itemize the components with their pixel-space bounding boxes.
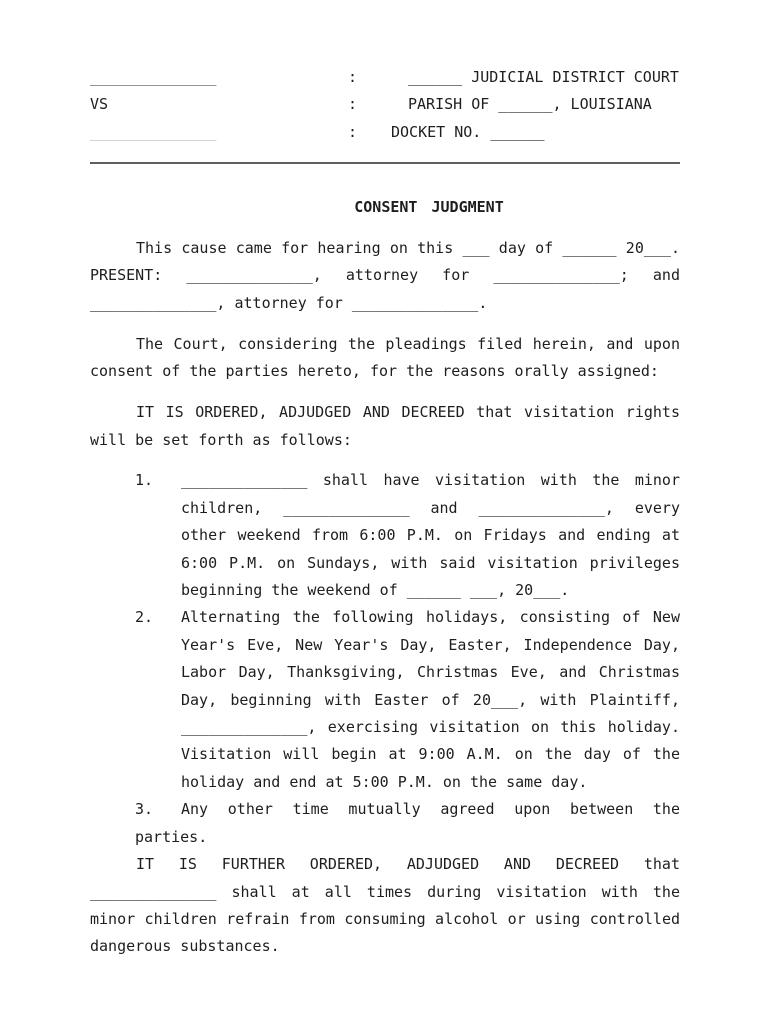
item-line: Year's Eve, New Year's Day, Easter, Inde… <box>181 632 680 659</box>
paragraph-ordered-decreed: IT IS ORDERED, ADJUDGED AND DECREED that… <box>90 399 680 454</box>
item-line: Labor Day, Thanksgiving, Christmas Eve, … <box>181 659 680 686</box>
item-line: Visitation will begin at 9:00 A.M. on th… <box>181 741 680 768</box>
paragraph-further-ordered: IT IS FURTHER ORDERED, ADJUDGED AND DECR… <box>90 851 680 961</box>
paragraph-line: consent of the parties hereto, for the r… <box>90 358 680 385</box>
item-line: 6:00 P.M. on Sundays, with said visitati… <box>181 550 680 577</box>
paragraph-line: will be set forth as follows: <box>90 427 680 454</box>
list-item-3: 3. Any other time mutually agreed upon b… <box>90 796 680 851</box>
caption-row-defendant: ______________ : DOCKET NO. ______ <box>90 119 680 146</box>
item-line: children, ______________ and ___________… <box>181 495 680 522</box>
document-title: CONSENT JUDGMENT <box>178 194 680 221</box>
paragraph-line: The Court, considering the pleadings fil… <box>90 331 680 358</box>
consent-judgment-document: ______________ : ______ JUDICIAL DISTRIC… <box>0 0 770 1024</box>
docket-number-line: DOCKET NO. ______ <box>391 119 545 146</box>
item-line: holiday and end at 5:00 P.M. on the same… <box>181 769 680 796</box>
item-line: ______________, exercising visitation on… <box>181 714 680 741</box>
item-line: other weekend from 6:00 P.M. on Fridays … <box>181 522 680 549</box>
paragraph-hearing: This cause came for hearing on this ___ … <box>90 235 680 317</box>
item-number-2: 2. <box>135 604 153 631</box>
paragraph-line: dangerous substances. <box>90 933 680 960</box>
item-line: Day, beginning with Easter of 20___, wit… <box>181 687 680 714</box>
paragraph-line: IT IS FURTHER ORDERED, ADJUDGED AND DECR… <box>90 851 680 878</box>
paragraph-line: IT IS ORDERED, ADJUDGED AND DECREED that… <box>90 399 680 426</box>
list-item-2: 2. Alternating the following holidays, c… <box>90 604 680 796</box>
paragraph-line: ______________ shall at all times during… <box>90 879 680 906</box>
caption-colon: : <box>348 91 357 118</box>
caption-colon: : <box>348 64 357 91</box>
paragraph-line: ______________, attorney for ___________… <box>90 290 680 317</box>
parish-line: PARISH OF ______, LOUISIANA <box>408 91 652 118</box>
item-line: Alternating the following holidays, cons… <box>181 604 680 631</box>
item-number-1: 1. <box>135 467 153 494</box>
paragraph-line: PRESENT: ______________, attorney for __… <box>90 262 680 289</box>
court-caption-header: ______________ : ______ JUDICIAL DISTRIC… <box>90 64 680 164</box>
header-divider <box>90 162 680 164</box>
item-line: beginning the weekend of ______ ___, 20_… <box>181 577 680 604</box>
caption-colon: : <box>348 119 357 146</box>
caption-row-vs: VS : PARISH OF ______, LOUISIANA <box>90 91 680 118</box>
judicial-district-court-line: ______ JUDICIAL DISTRICT COURT <box>408 64 679 91</box>
paragraph-line: minor children refrain from consuming al… <box>90 906 680 933</box>
item-line: parties. <box>135 824 680 851</box>
vs-label: VS <box>90 91 108 118</box>
caption-row-plaintiff: ______________ : ______ JUDICIAL DISTRIC… <box>90 64 680 91</box>
paragraph-court-considering: The Court, considering the pleadings fil… <box>90 331 680 386</box>
list-item-1: 1. ______________ shall have visitation … <box>90 467 680 604</box>
item-line: Any other time mutually agreed upon betw… <box>135 796 680 823</box>
item-number-3: 3. <box>135 796 153 823</box>
plaintiff-name-blank: ______________ <box>90 64 216 91</box>
defendant-name-blank: ______________ <box>90 119 216 146</box>
item-line: ______________ shall have visitation wit… <box>181 467 680 494</box>
paragraph-line: This cause came for hearing on this ___ … <box>90 235 680 262</box>
